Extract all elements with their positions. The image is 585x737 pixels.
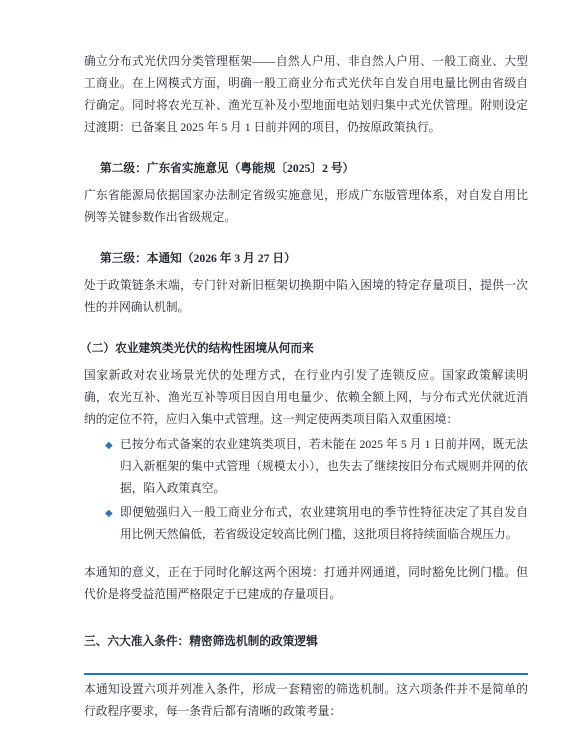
bullet-text: 已按分布式备案的农业建筑类项目，若未能在 2025 年 5 月 1 日前并网，既…: [120, 438, 528, 495]
paragraph-chain-reaction: 国家新政对农业场景光伏的处理方式，在行业内引发了连锁反应。国家政策解读明确，农光…: [84, 365, 528, 431]
bullet-item: ◆ 已按分布式备案的农业建筑类项目，若未能在 2025 年 5 月 1 日前并网…: [84, 434, 528, 500]
document-page: 确立分布式光伏四分类管理框架——自然人户用、非自然人户用、一般工商业、大型工商业…: [0, 0, 585, 737]
chapter-heading-three: 三、六大准入条件：精密筛选机制的政策逻辑: [84, 631, 528, 653]
section-heading-two: （二）农业建筑类光伏的结构性困境从何而来: [80, 338, 528, 360]
bullet-list: ◆ 已按分布式备案的农业建筑类项目，若未能在 2025 年 5 月 1 日前并网…: [84, 434, 528, 546]
diamond-bullet-icon: ◆: [105, 503, 113, 525]
subheading-second-level: 第二级：广东省实施意见（粤能规〔2025〕2 号）: [84, 158, 528, 180]
subheading-third-level: 第三级：本通知（2026 年 3 月 27 日）: [84, 248, 528, 270]
bullet-text: 即便勉强归入一般工商业分布式，农业建筑用电的季节性特征决定了其自发自用比例天然偏…: [120, 506, 528, 541]
diamond-bullet-icon: ◆: [105, 435, 113, 457]
paragraph-notice-position: 处于政策链条末端，专门针对新旧框架切换期中陷入困境的特定存量项目，提供一次性的并…: [84, 275, 528, 319]
paragraph-guangdong-implementation: 广东省能源局依据国家办法制定省级实施意见，形成广东版管理体系，对自发自用比例等关…: [84, 185, 528, 229]
paragraph-six-conditions-intro: 本通知设置六项并列准入条件，形成一套精密的筛选机制。这六项条件并不是简单的行政程…: [84, 679, 528, 723]
section-divider: [84, 673, 528, 675]
paragraph-notice-significance: 本通知的意义，正在于同时化解这两个困境：打通并网通道，同时豁免比例门槛。但代价是…: [84, 562, 528, 606]
bullet-item: ◆ 即便勉强归入一般工商业分布式，农业建筑用电的季节性特征决定了其自发自用比例天…: [84, 502, 528, 546]
paragraph-national-framework: 确立分布式光伏四分类管理框架——自然人户用、非自然人户用、一般工商业、大型工商业…: [84, 51, 528, 139]
